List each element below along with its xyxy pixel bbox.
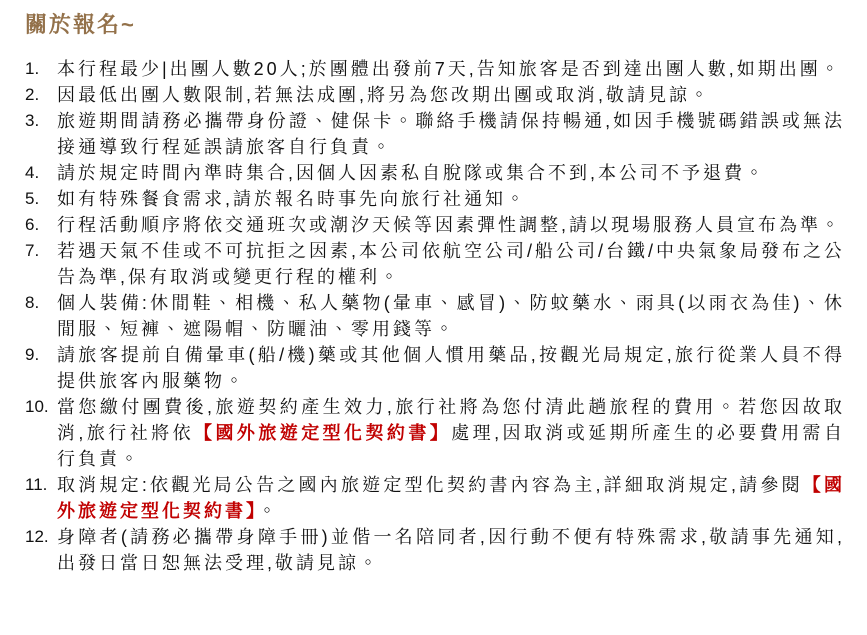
list-item: 12.身障者(請務必攜帶身障手冊)並偕一名陪同者,因行動不便有特殊需求,敬請事先… — [25, 524, 845, 576]
list-item-text: 若遇天氣不佳或不可抗拒之因素,本公司依航空公司/船公司/台鐵/中央氣象局發布之公… — [57, 238, 845, 290]
list-item-text-segment: 請旅客提前自備暈車(船/機)藥或其他個人慣用藥品,按觀光局規定,旅行從業人員不得… — [57, 345, 845, 391]
list-item-text-segment: 身障者(請務必攜帶身障手冊)並偕一名陪同者,因行動不便有特殊需求,敬請事先通知,… — [57, 527, 845, 573]
contract-emphasis-text: 【國外旅遊定型化契約書】 — [194, 423, 451, 443]
list-item-text: 旅遊期間請務必攜帶身份證、健保卡。聯絡手機請保持暢通,如因手機號碼錯誤或無法接通… — [57, 108, 845, 160]
list-item-text-segment: 取消規定:依觀光局公告之國內旅遊定型化契約書內容為主,詳細取消規定,請參閱 — [57, 475, 803, 495]
list-item-text-segment: 旅遊期間請務必攜帶身份證、健保卡。聯絡手機請保持暢通,如因手機號碼錯誤或無法接通… — [57, 111, 845, 157]
list-item-text: 身障者(請務必攜帶身障手冊)並偕一名陪同者,因行動不便有特殊需求,敬請事先通知,… — [57, 524, 845, 576]
list-item-number: 6. — [25, 212, 57, 238]
list-item-number: 9. — [25, 342, 57, 368]
list-item: 9.請旅客提前自備暈車(船/機)藥或其他個人慣用藥品,按觀光局規定,旅行從業人員… — [25, 342, 845, 394]
terms-section: 關於報名~ 1.本行程最少|出團人數20人;於團體出發前7天,告知旅客是否到達出… — [0, 0, 867, 576]
list-item-number: 8. — [25, 290, 57, 316]
list-item: 3.旅遊期間請務必攜帶身份證、健保卡。聯絡手機請保持暢通,如因手機號碼錯誤或無法… — [25, 108, 845, 160]
list-item-text: 因最低出團人數限制,若無法成團,將另為您改期出團或取消,敬請見諒。 — [57, 82, 845, 108]
list-item-text: 本行程最少|出團人數20人;於團體出發前7天,告知旅客是否到達出團人數,如期出團… — [57, 56, 845, 82]
list-item-text: 行程活動順序將依交通班次或潮汐天候等因素彈性調整,請以現場服務人員宣布為準。 — [57, 212, 845, 238]
list-item-number: 5. — [25, 186, 57, 212]
list-item-text-segment: 行程活動順序將依交通班次或潮汐天候等因素彈性調整,請以現場服務人員宣布為準。 — [57, 215, 842, 235]
list-item: 4.請於規定時間內準時集合,因個人因素私自脫隊或集合不到,本公司不予退費。 — [25, 160, 845, 186]
list-item-text: 個人裝備:休閒鞋、相機、私人藥物(暈車、感冒)、防蚊藥水、雨具(以雨衣為佳)、休… — [57, 290, 845, 342]
list-item-text: 請旅客提前自備暈車(船/機)藥或其他個人慣用藥品,按觀光局規定,旅行從業人員不得… — [57, 342, 845, 394]
list-item-number: 10. — [25, 394, 57, 420]
list-item-text-segment: 本行程最少|出團人數20人;於團體出發前7天,告知旅客是否到達出團人數,如期出團… — [57, 59, 842, 79]
list-item-text-segment: 若遇天氣不佳或不可抗拒之因素,本公司依航空公司/船公司/台鐵/中央氣象局發布之公… — [57, 241, 845, 287]
list-item-number: 11. — [25, 472, 57, 498]
list-item: 11.取消規定:依觀光局公告之國內旅遊定型化契約書內容為主,詳細取消規定,請參閱… — [25, 472, 845, 524]
list-item-number: 4. — [25, 160, 57, 186]
list-item-text-segment: 。 — [258, 501, 279, 521]
list-item-text: 如有特殊餐食需求,請於報名時事先向旅行社通知。 — [57, 186, 845, 212]
list-item-text-segment: 如有特殊餐食需求,請於報名時事先向旅行社通知。 — [57, 189, 527, 209]
list-item-text-segment: 請於規定時間內準時集合,因個人因素私自脫隊或集合不到,本公司不予退費。 — [57, 163, 766, 183]
terms-list: 1.本行程最少|出團人數20人;於團體出發前7天,告知旅客是否到達出團人數,如期… — [25, 56, 845, 576]
list-item-number: 2. — [25, 82, 57, 108]
list-item-text-segment: 因最低出團人數限制,若無法成團,將另為您改期出團或取消,敬請見諒。 — [57, 85, 711, 105]
list-item-number: 1. — [25, 56, 57, 82]
list-item: 1.本行程最少|出團人數20人;於團體出發前7天,告知旅客是否到達出團人數,如期… — [25, 56, 845, 82]
list-item-text: 當您繳付團費後,旅遊契約產生效力,旅行社將為您付清此趟旅程的費用。若您因故取消,… — [57, 394, 845, 472]
list-item: 6.行程活動順序將依交通班次或潮汐天候等因素彈性調整,請以現場服務人員宣布為準。 — [25, 212, 845, 238]
list-item: 5.如有特殊餐食需求,請於報名時事先向旅行社通知。 — [25, 186, 845, 212]
list-item: 10.當您繳付團費後,旅遊契約產生效力,旅行社將為您付清此趟旅程的費用。若您因故… — [25, 394, 845, 472]
list-item-number: 7. — [25, 238, 57, 264]
list-item-text: 取消規定:依觀光局公告之國內旅遊定型化契約書內容為主,詳細取消規定,請參閱【國外… — [57, 472, 845, 524]
list-item-text-segment: 個人裝備:休閒鞋、相機、私人藥物(暈車、感冒)、防蚊藥水、雨具(以雨衣為佳)、休… — [57, 293, 845, 339]
list-item-text: 請於規定時間內準時集合,因個人因素私自脫隊或集合不到,本公司不予退費。 — [57, 160, 845, 186]
list-item-number: 3. — [25, 108, 57, 134]
list-item: 8.個人裝備:休閒鞋、相機、私人藥物(暈車、感冒)、防蚊藥水、雨具(以雨衣為佳)… — [25, 290, 845, 342]
list-item: 2.因最低出團人數限制,若無法成團,將另為您改期出團或取消,敬請見諒。 — [25, 82, 845, 108]
page-title: 關於報名~ — [25, 10, 845, 40]
list-item: 7.若遇天氣不佳或不可抗拒之因素,本公司依航空公司/船公司/台鐵/中央氣象局發布… — [25, 238, 845, 290]
list-item-number: 12. — [25, 524, 57, 550]
